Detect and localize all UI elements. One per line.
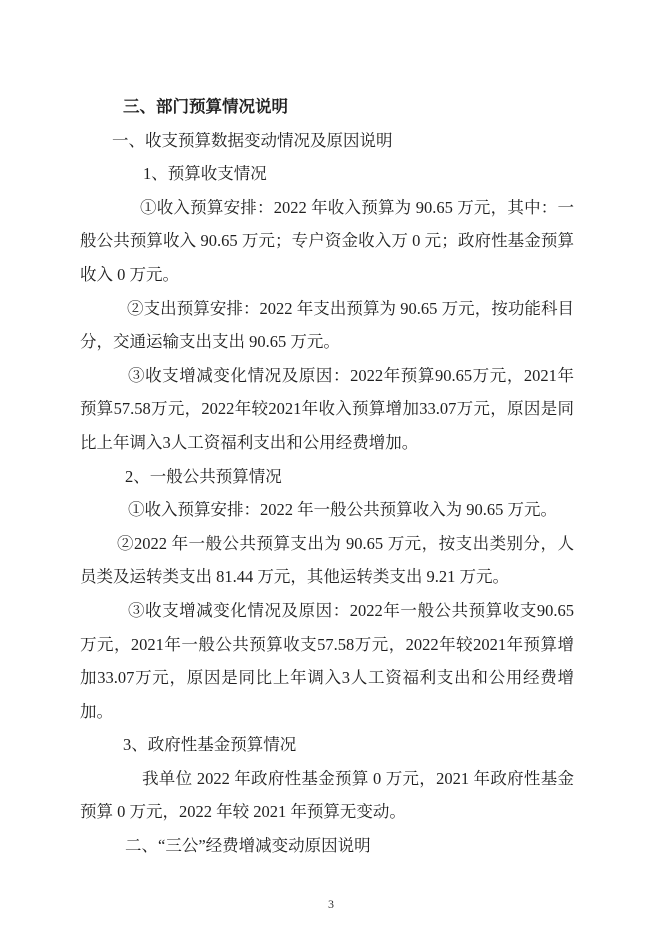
- section-heading-budget-explanation: 三、部门预算情况说明: [80, 90, 574, 124]
- para-expenditure-budget-arrangement: ②支出预算安排：2022 年支出预算为 90.65 万元，按功能科目分，交通运输…: [80, 292, 574, 359]
- subheading-three-public-expenses: 二、“三公”经费增减变动原因说明: [80, 829, 574, 863]
- subheading-general-public-budget: 2、一般公共预算情况: [80, 460, 574, 494]
- para-general-income-arrangement: ①收入预算安排：2022 年一般公共预算收入为 90.65 万元。: [80, 493, 574, 527]
- document-body: 三、部门预算情况说明 一、收支预算数据变动情况及原因说明 1、预算收支情况 ①收…: [80, 90, 574, 863]
- para-budget-change-reasons: ③收支增减变化情况及原因：2022年预算90.65万元，2021年预算57.58…: [80, 359, 574, 460]
- document-page: 三、部门预算情况说明 一、收支预算数据变动情况及原因说明 1、预算收支情况 ①收…: [0, 0, 662, 936]
- subheading-budget-data-changes: 一、收支预算数据变动情况及原因说明: [80, 124, 574, 158]
- para-govt-fund-details: 我单位 2022 年政府性基金预算 0 万元，2021 年政府性基金预算 0 万…: [80, 762, 574, 829]
- para-general-expenditure: ②2022 年一般公共预算支出为 90.65 万元，按支出类别分，人员类及运转类…: [80, 527, 574, 594]
- para-general-change-reasons: ③收支增减变化情况及原因：2022年一般公共预算收支90.65万元，2021年一…: [80, 594, 574, 728]
- para-income-budget-arrangement: ①收入预算安排：2022 年收入预算为 90.65 万元，其中：一般公共预算收入…: [80, 191, 574, 292]
- subheading-budget-income-expenditure: 1、预算收支情况: [80, 157, 574, 191]
- subheading-govt-fund-budget: 3、政府性基金预算情况: [80, 728, 574, 762]
- page-number: 3: [0, 897, 662, 912]
